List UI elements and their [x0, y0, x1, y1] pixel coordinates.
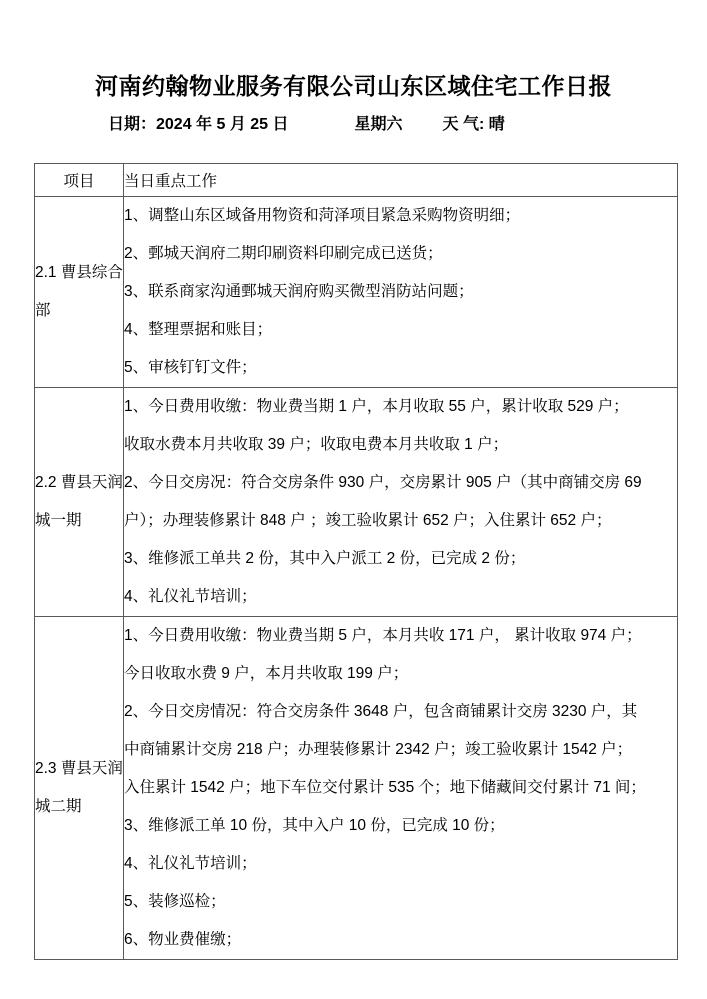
work-item-line: 2、今日交房情况：符合交房条件 3648 户，包含商铺累计交房 3230 户，其 [124, 693, 677, 731]
work-item-line: 今日收取水费 9 户，本月共收取 199 户； [124, 655, 677, 693]
work-item-line: 1、今日费用收缴：物业费当期 1 户，本月收取 55 户，累计收取 529 户； [124, 388, 677, 426]
work-item-line: 收取水费本月共收取 39 户；收取电费本月共收取 1 户； [124, 426, 677, 464]
weather-value: 天 气: 晴 [443, 116, 505, 133]
work-item-line: 3、联系商家沟通鄄城天润府购买微型消防站问题； [124, 273, 677, 311]
work-items: 1、今日费用收缴：物业费当期 5 户，本月共收 171 户， 累计收取 974 … [124, 617, 678, 960]
column-header-project: 项目 [35, 164, 124, 197]
work-item-line: 1、调整山东区域备用物资和菏泽项目紧急采购物资明细； [124, 197, 677, 235]
work-item-line: 入住累计 1542 户；地下车位交付累计 535 个；地下储藏间交付累计 71 … [124, 769, 677, 807]
work-item-line: 3、维修派工单共 2 份，其中入户派工 2 份，已完成 2 份； [124, 540, 677, 578]
work-item-line: 4、整理票据和账目； [124, 311, 677, 349]
work-items: 1、今日费用收缴：物业费当期 1 户，本月收取 55 户，累计收取 529 户；… [124, 388, 678, 617]
work-item-line: 5、装修巡检； [124, 883, 677, 921]
weekday-value: 星期六 [355, 116, 403, 133]
date-line: 日期：2024 年 5 月 25 日星期六天 气: 晴 [108, 111, 505, 134]
page-title: 河南约翰物业服务有限公司山东区域住宅工作日报 [0, 68, 707, 101]
work-item-line: 6、物业费催缴； [124, 921, 677, 959]
table-header-row: 项目 当日重点工作 [35, 164, 678, 197]
document-page: 河南约翰物业服务有限公司山东区域住宅工作日报 日期：2024 年 5 月 25 … [0, 0, 707, 999]
table-row: 2.2 曹县天润城一期 1、今日费用收缴：物业费当期 1 户，本月收取 55 户… [35, 388, 678, 617]
column-header-work: 当日重点工作 [124, 164, 678, 197]
work-items: 1、调整山东区域备用物资和菏泽项目紧急采购物资明细； 2、鄄城天润府二期印刷资料… [124, 197, 678, 388]
project-name: 2.1 曹县综合部 [35, 197, 124, 388]
table-row: 2.3 曹县天润城二期 1、今日费用收缴：物业费当期 5 户，本月共收 171 … [35, 617, 678, 960]
work-item-line: 1、今日费用收缴：物业费当期 5 户，本月共收 171 户， 累计收取 974 … [124, 617, 677, 655]
daily-report-table: 项目 当日重点工作 2.1 曹县综合部 1、调整山东区域备用物资和菏泽项目紧急采… [34, 163, 678, 960]
work-item-line: 4、礼仪礼节培训； [124, 578, 677, 616]
project-name: 2.2 曹县天润城一期 [35, 388, 124, 617]
work-item-line: 中商铺累计交房 218 户；办理装修累计 2342 户；竣工验收累计 1542 … [124, 731, 677, 769]
work-item-line: 5、审核钉钉文件； [124, 349, 677, 387]
work-item-line: 3、维修派工单 10 份，其中入户 10 份，已完成 10 份； [124, 807, 677, 845]
work-item-line: 2、鄄城天润府二期印刷资料印刷完成已送货； [124, 235, 677, 273]
work-item-line: 户）；办理装修累计 848 户 ；竣工验收累计 652 户；入住累计 652 户… [124, 502, 677, 540]
project-name: 2.3 曹县天润城二期 [35, 617, 124, 960]
work-item-line: 4、礼仪礼节培训； [124, 845, 677, 883]
work-item-line: 2、今日交房况：符合交房条件 930 户，交房累计 905 户（其中商铺交房 6… [124, 464, 677, 502]
table-row: 2.1 曹县综合部 1、调整山东区域备用物资和菏泽项目紧急采购物资明细； 2、鄄… [35, 197, 678, 388]
date-value: 日期：2024 年 5 月 25 日 [108, 116, 289, 133]
